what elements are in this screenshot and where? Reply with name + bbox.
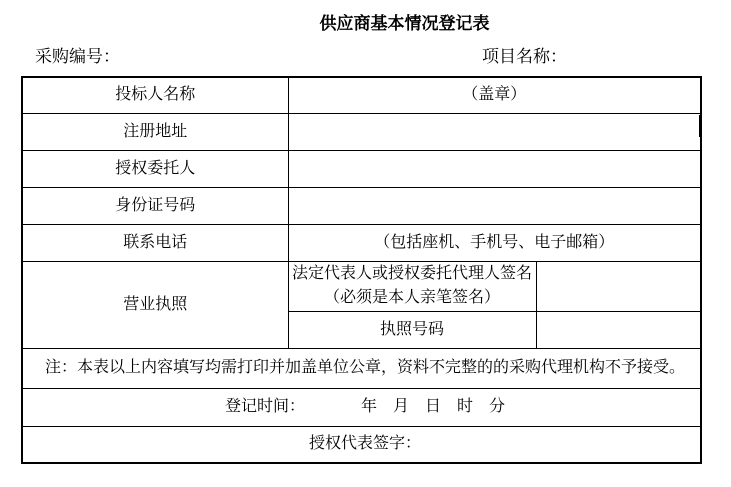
table-row: 注册地址	[22, 113, 701, 150]
authorized-signature-row[interactable]: 授权代表签字：	[22, 426, 701, 463]
contact-phone-value-cell[interactable]: （包括座机、手机号、电子邮箱）	[288, 224, 701, 261]
table-row: 注：本表以上内容填写均需打印并加盖单位公章，资料不完整的的采购代理机构不予接受。	[22, 348, 701, 388]
legal-representative-signature-value-cell[interactable]	[536, 261, 701, 311]
note-row: 注：本表以上内容填写均需打印并加盖单位公章，资料不完整的的采购代理机构不予接受。	[22, 348, 701, 388]
registered-address-value-cell[interactable]	[288, 113, 701, 150]
table-row: 授权代表签字：	[22, 426, 701, 463]
header-label-row: 采购编号： 项目名称：	[0, 42, 731, 68]
project-name-label: 项目名称：	[482, 42, 567, 67]
business-license-label-cell: 营业执照	[22, 261, 288, 348]
cursor-mark	[699, 115, 701, 137]
authorized-agent-value-cell[interactable]	[288, 150, 701, 187]
purchase-number-label: 采购编号：	[35, 42, 120, 67]
table-row: 营业执照 法定代表人或授权委托代理人签名（必须是本人亲笔签名）	[22, 261, 701, 311]
license-number-value-cell[interactable]	[536, 311, 701, 348]
table-row: 投标人名称 （盖章）	[22, 77, 701, 113]
table-row: 身份证号码	[22, 187, 701, 224]
form-page: 供应商基本情况登记表 采购编号： 项目名称： 投标人名称 （盖章） 注册地址 授…	[0, 0, 731, 487]
page-title: 供应商基本情况登记表	[0, 12, 731, 36]
bidder-name-value-cell[interactable]: （盖章）	[288, 77, 701, 113]
authorized-agent-label-cell: 授权委托人	[22, 150, 288, 187]
id-number-value-cell[interactable]	[288, 187, 701, 224]
id-number-label-cell: 身份证号码	[22, 187, 288, 224]
table-row: 登记时间： 年 月 日 时 分	[22, 388, 701, 426]
table-row: 联系电话 （包括座机、手机号、电子邮箱）	[22, 224, 701, 261]
license-number-label-cell: 执照号码	[288, 311, 536, 348]
registration-table: 投标人名称 （盖章） 注册地址 授权委托人 身份证号码 联系电话 （包括座机、手…	[21, 76, 702, 464]
legal-representative-signature-label-cell: 法定代表人或授权委托代理人签名（必须是本人亲笔签名）	[288, 261, 536, 311]
registered-address-label-cell: 注册地址	[22, 113, 288, 150]
registration-time-row[interactable]: 登记时间： 年 月 日 时 分	[22, 388, 701, 426]
table-row: 授权委托人	[22, 150, 701, 187]
bidder-name-label-cell: 投标人名称	[22, 77, 288, 113]
contact-phone-label-cell: 联系电话	[22, 224, 288, 261]
